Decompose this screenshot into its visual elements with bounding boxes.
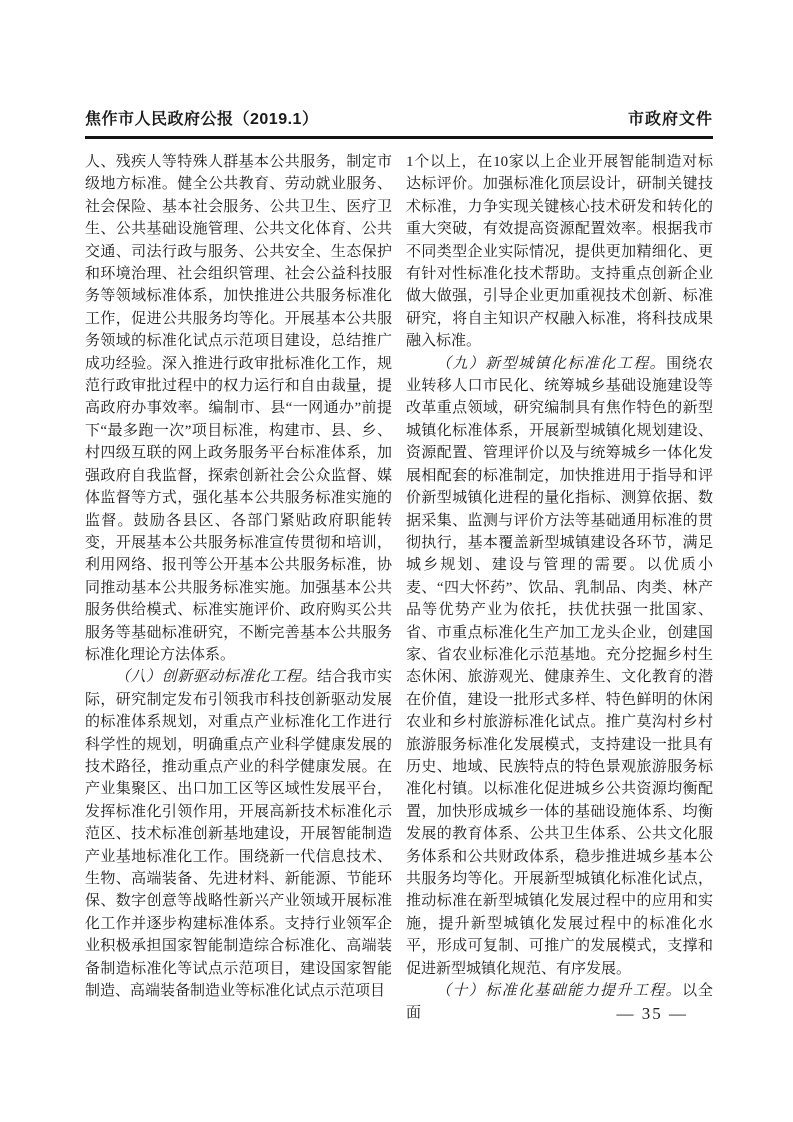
paragraph-continuation: 人、残疾人等特殊人群基本公共服务，制定市级地方标准。健全公共教育、劳动就业服务、… xyxy=(85,151,392,666)
section-heading-9: （九）新型城镇化标准化工程。 xyxy=(436,356,666,372)
gazette-page: 焦作市人民政府公报（2019.1） 市政府文件 人、残疾人等特殊人群基本公共服务… xyxy=(0,0,793,1122)
page-header: 焦作市人民政府公报（2019.1） 市政府文件 xyxy=(85,106,713,139)
section-heading-10: （十）标准化基础能力提升工程。 xyxy=(436,983,682,999)
gazette-title: 焦作市人民政府公报（2019.1） xyxy=(85,106,318,129)
page-content: 焦作市人民政府公报（2019.1） 市政府文件 人、残疾人等特殊人群基本公共服务… xyxy=(85,106,713,1025)
two-column-body: 人、残疾人等特殊人群基本公共服务，制定市级地方标准。健全公共教育、劳动就业服务、… xyxy=(85,151,713,1025)
section-8-body: 结合我市实际，研究制定发布引领我市科技创新驱动发展的标准体系规划，对重点产业标准… xyxy=(85,669,392,999)
page-number: — 35 — xyxy=(405,1004,712,1024)
section-9-body: 围绕农业转移人口市民化、统筹城乡基础设施建设等改革重点领域，研究编制具有焦作特色… xyxy=(406,356,713,977)
left-column: 人、残疾人等特殊人群基本公共服务，制定市级地方标准。健全公共教育、劳动就业服务、… xyxy=(85,151,392,1025)
paragraph-section-8: （八）创新驱动标准化工程。结合我市实际，研究制定发布引领我市科技创新驱动发展的标… xyxy=(85,666,392,1002)
paragraph-section-8-continued: 1个以上，在10家以上企业开展智能制造对标达标评价。加强标准化顶层设计，研制关键… xyxy=(406,151,713,353)
paragraph-section-9: （九）新型城镇化标准化工程。围绕农业转移人口市民化、统筹城乡基础设施建设等改革重… xyxy=(406,353,713,980)
document-category: 市政府文件 xyxy=(628,106,713,129)
section-heading-8: （八）创新驱动标准化工程。 xyxy=(115,669,317,685)
right-column: 1个以上，在10家以上企业开展智能制造对标达标评价。加强标准化顶层设计，研制关键… xyxy=(406,151,713,1025)
